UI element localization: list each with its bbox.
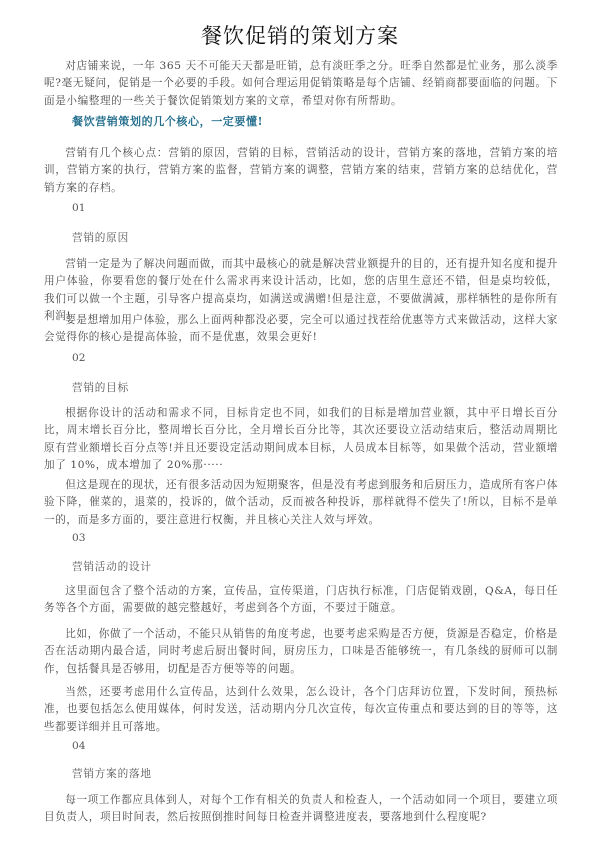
section-03-paragraph-3: 当然，还要考虑用什么宣传品，达到什么效果，怎么设计，各个门店拜访位置，下发时间，… — [44, 684, 558, 736]
section-02-paragraph-2: 但这是现在的现状，还有很多活动因为短期聚客，但是没有考虑到服务和后厨压力，造成所… — [44, 477, 558, 529]
section-number-01: 01 — [72, 202, 85, 214]
section-title-03: 营销活动的设计 — [72, 559, 152, 574]
intro-paragraph: 对店铺来说，一年 365 天不可能天天都是旺销，总有淡旺季之分。旺季自然都是忙业… — [44, 58, 558, 110]
core-points-paragraph: 营销有几个核心点：营销的原因，营销的目标，营销活动的设计，营销方案的落地，营销方… — [44, 145, 558, 197]
section-number-03: 03 — [72, 532, 85, 544]
section-number-04: 04 — [72, 740, 85, 752]
section-title-04: 营销方案的落地 — [72, 766, 152, 781]
section-title-02: 营销的目标 — [72, 380, 129, 395]
page-title: 餐饮促销的策划方案 — [0, 20, 600, 50]
section-heading: 餐饮营销策划的几个核心，一定要懂! — [72, 113, 263, 129]
section-number-02: 02 — [72, 352, 85, 364]
section-title-01: 营销的原因 — [72, 230, 129, 245]
section-01-paragraph-2: 要是想增加用户体验，那么上面两种都没必要，完全可以通过找茬给优惠等方式来做活动，… — [44, 312, 558, 347]
section-03-paragraph-1: 这里面包含了整个活动的方案，宣传品，宣传渠道，门店执行标准，门店促销戏剧，Q&A… — [44, 583, 558, 618]
section-03-paragraph-2: 比如，你做了一个活动，不能只从销售的角度考虑，也要考虑采购是否方便，货源是否稳定… — [44, 626, 558, 678]
section-04-paragraph-1: 每一项工作都应具体到人，对每个工作有相关的负责人和检查人，一个活动如同一个项目，… — [44, 792, 558, 827]
section-02-paragraph-1: 根据你设计的活动和需求不同，目标肯定也不同，如我们的目标是增加营业额，其中平日增… — [44, 405, 558, 475]
